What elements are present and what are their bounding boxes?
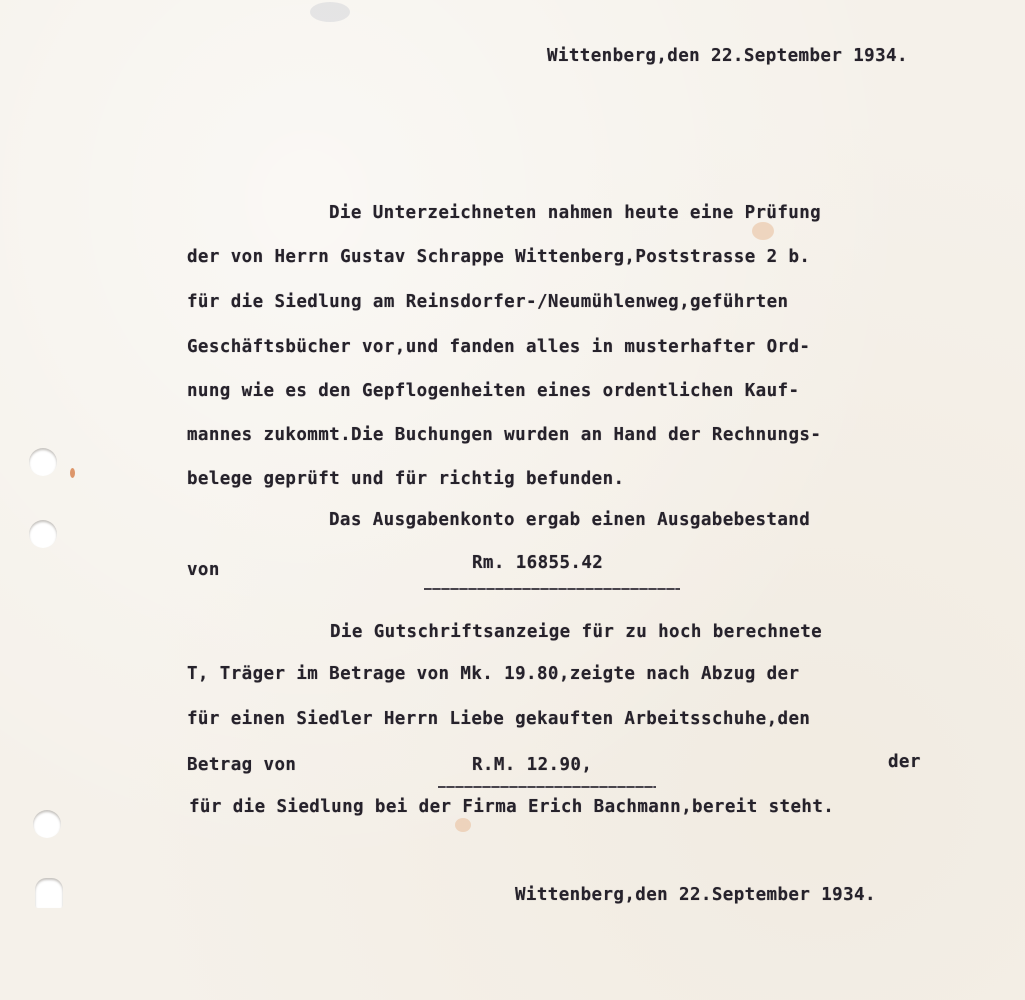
paragraph-line: Geschäftsbücher vor,und fanden alles in … <box>187 337 810 357</box>
punch-hole <box>29 520 57 548</box>
ink-smudge <box>310 2 350 22</box>
amount-underline <box>424 588 680 590</box>
amount-label: von <box>187 560 220 580</box>
paragraph-line: für die Siedlung am Reinsdorfer-/Neumühl… <box>187 292 788 312</box>
paper-sheet: Wittenberg,den 22.September 1934. Die Un… <box>0 0 1025 1000</box>
paper-stain <box>752 222 774 240</box>
paragraph-line: der <box>888 752 921 772</box>
credit-amount: R.M. 12.90, <box>472 755 592 775</box>
paragraph-line: belege geprüft und für richtig befunden. <box>187 469 624 489</box>
date-header: Wittenberg,den 22.September 1934. <box>547 46 908 66</box>
paragraph-line: der von Herrn Gustav Schrappe Wittenberg… <box>187 247 810 267</box>
paragraph-line: nung wie es den Gepflogenheiten eines or… <box>187 381 799 401</box>
paragraph-line: mannes zukommt.Die Buchungen wurden an H… <box>187 425 821 445</box>
punch-hole <box>35 878 63 908</box>
punch-hole <box>29 448 57 476</box>
paragraph-line: für die Siedlung bei der Firma Erich Bac… <box>189 797 834 817</box>
paragraph-line: Die Unterzeichneten nahmen heute eine Pr… <box>329 203 821 223</box>
paragraph-line: Das Ausgabenkonto ergab einen Ausgabebes… <box>329 510 810 530</box>
punch-hole <box>33 810 61 838</box>
date-footer: Wittenberg,den 22.September 1934. <box>515 885 876 905</box>
total-expenses-amount: Rm. 16855.42 <box>472 553 603 573</box>
amount-label: Betrag von <box>187 755 296 775</box>
paragraph-line: für einen Siedler Herrn Liebe gekauften … <box>187 709 810 729</box>
paper-stain <box>455 818 471 832</box>
amount-underline <box>438 786 656 788</box>
rust-stain <box>70 468 75 478</box>
paragraph-line: T, Träger im Betrage von Mk. 19.80,zeigt… <box>187 664 799 684</box>
paragraph-line: Die Gutschriftsanzeige für zu hoch berec… <box>330 622 822 642</box>
